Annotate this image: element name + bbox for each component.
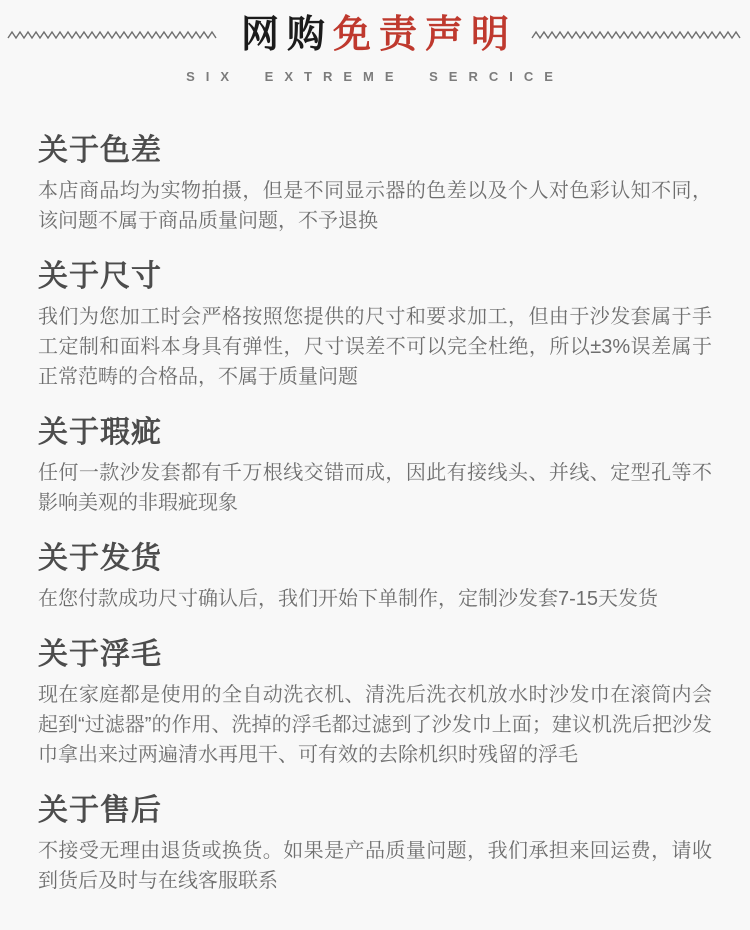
page-title: 网购免责声明 xyxy=(233,16,517,54)
section-heading: 关于浮毛 xyxy=(38,638,712,672)
section-flaws: 关于瑕疵 任何一款沙发套都有千万根线交错而成，因此有接线头、并线、定型孔等不影响… xyxy=(38,416,712,518)
section-lint: 关于浮毛 现在家庭都是使用的全自动洗衣机、清洗后洗衣机放水时沙发巾在滚筒内会起到… xyxy=(38,638,712,770)
disclaimer-sections: 关于色差 本店商品均为实物拍摄，但是不同显示器的色差以及个人对色彩认知不同，该问… xyxy=(0,84,750,896)
page-subtitle: SIX EXTREME SERCICE xyxy=(0,69,750,84)
section-heading: 关于色差 xyxy=(38,134,712,168)
section-color-difference: 关于色差 本店商品均为实物拍摄，但是不同显示器的色差以及个人对色彩认知不同，该问… xyxy=(38,134,712,236)
section-body: 在您付款成功尺寸确认后，我们开始下单制作，定制沙发套7-15天发货 xyxy=(38,584,712,614)
section-heading: 关于发货 xyxy=(38,542,712,576)
section-after-sales: 关于售后 不接受无理由退货或换货。如果是产品质量问题，我们承担来回运费，请收到货… xyxy=(38,794,712,896)
section-shipping: 关于发货 在您付款成功尺寸确认后，我们开始下单制作，定制沙发套7-15天发货 xyxy=(38,542,712,614)
zigzag-right-icon xyxy=(531,29,743,41)
page-title-black: 网购 xyxy=(241,14,333,56)
title-row: 网购免责声明 xyxy=(0,10,750,60)
section-body: 本店商品均为实物拍摄，但是不同显示器的色差以及个人对色彩认知不同，该问题不属于商… xyxy=(38,176,712,236)
page-header: 网购免责声明 SIX EXTREME SERCICE xyxy=(0,0,750,84)
disclaimer-page: 网购免责声明 SIX EXTREME SERCICE 关于色差 本店商品均为实物… xyxy=(0,0,750,930)
section-body: 我们为您加工时会严格按照您提供的尺寸和要求加工，但由于沙发套属于手工定制和面料本… xyxy=(38,302,712,392)
section-heading: 关于售后 xyxy=(38,794,712,828)
section-size: 关于尺寸 我们为您加工时会严格按照您提供的尺寸和要求加工，但由于沙发套属于手工定… xyxy=(38,260,712,392)
section-body: 不接受无理由退货或换货。如果是产品质量问题，我们承担来回运费，请收到货后及时与在… xyxy=(38,836,712,896)
section-body: 现在家庭都是使用的全自动洗衣机、清洗后洗衣机放水时沙发巾在滚筒内会起到“过滤器”… xyxy=(38,680,712,770)
section-heading: 关于尺寸 xyxy=(38,260,712,294)
zigzag-left-icon xyxy=(7,29,219,41)
page-title-red: 免责声明 xyxy=(333,14,517,56)
section-body: 任何一款沙发套都有千万根线交错而成，因此有接线头、并线、定型孔等不影响美观的非瑕… xyxy=(38,458,712,518)
section-heading: 关于瑕疵 xyxy=(38,416,712,450)
